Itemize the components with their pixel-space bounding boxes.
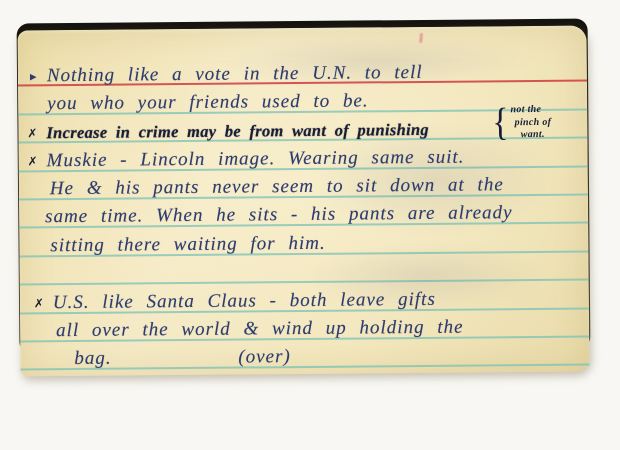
teal-rule xyxy=(20,279,589,286)
margin-note-line: want. xyxy=(511,129,552,142)
red-pencil-tick xyxy=(419,33,423,43)
margin-note-line: pinch of xyxy=(511,116,552,129)
note-line-text: you who your friends used to be. xyxy=(47,90,369,114)
note-line-6: same time. When he sits - his pants are … xyxy=(45,201,513,230)
note-line-10-bag: bag. xyxy=(74,347,111,372)
note-line-1: ►Nothing like a vote in the U.N. to tell xyxy=(28,61,423,89)
note-line-over: (over) xyxy=(238,345,291,370)
x-bullet-icon: ✗ xyxy=(34,291,53,315)
note-line-7: sitting there waiting for him. xyxy=(50,232,325,259)
arrow-bullet-icon: ► xyxy=(28,65,47,89)
note-line-3: ✗Increase in crime may be from want of p… xyxy=(27,118,429,147)
note-line-text: Increase in crime may be from want of pu… xyxy=(46,120,429,142)
note-line-9: all over the world & wind up holding the xyxy=(56,316,464,345)
note-line-4: ✗Muskie - Lincoln image. Wearing same su… xyxy=(28,146,465,175)
index-card: ►Nothing like a vote in the U.N. to tell… xyxy=(18,26,590,377)
note-line-text: Nothing like a vote in the U.N. to tell xyxy=(47,62,423,86)
x-bullet-icon: ✗ xyxy=(28,149,47,173)
note-line-text: He & his pants never seem to sit down at… xyxy=(50,174,504,199)
brace-glyph: { xyxy=(492,103,509,142)
note-line-text: sitting there waiting for him. xyxy=(50,233,325,256)
note-line-2: you who your friends used to be. xyxy=(47,89,369,117)
margin-note: { not the pinch of want. xyxy=(492,104,551,142)
x-bullet-icon: ✗ xyxy=(27,121,46,145)
note-line-text: Muskie - Lincoln image. Wearing same sui… xyxy=(47,147,465,172)
note-line-text: all over the world & wind up holding the xyxy=(56,317,464,342)
margin-note-line: not the xyxy=(510,104,551,117)
note-line-text: bag. xyxy=(74,348,111,369)
over-label: (over) xyxy=(238,346,291,367)
note-line-text: same time. When he sits - his pants are … xyxy=(45,202,513,227)
note-line-5: He & his pants never seem to sit down at… xyxy=(50,173,504,202)
note-line-text: U.S. like Santa Claus - both leave gifts xyxy=(53,289,436,313)
note-line-8: ✗U.S. like Santa Claus - both leave gift… xyxy=(34,288,436,317)
